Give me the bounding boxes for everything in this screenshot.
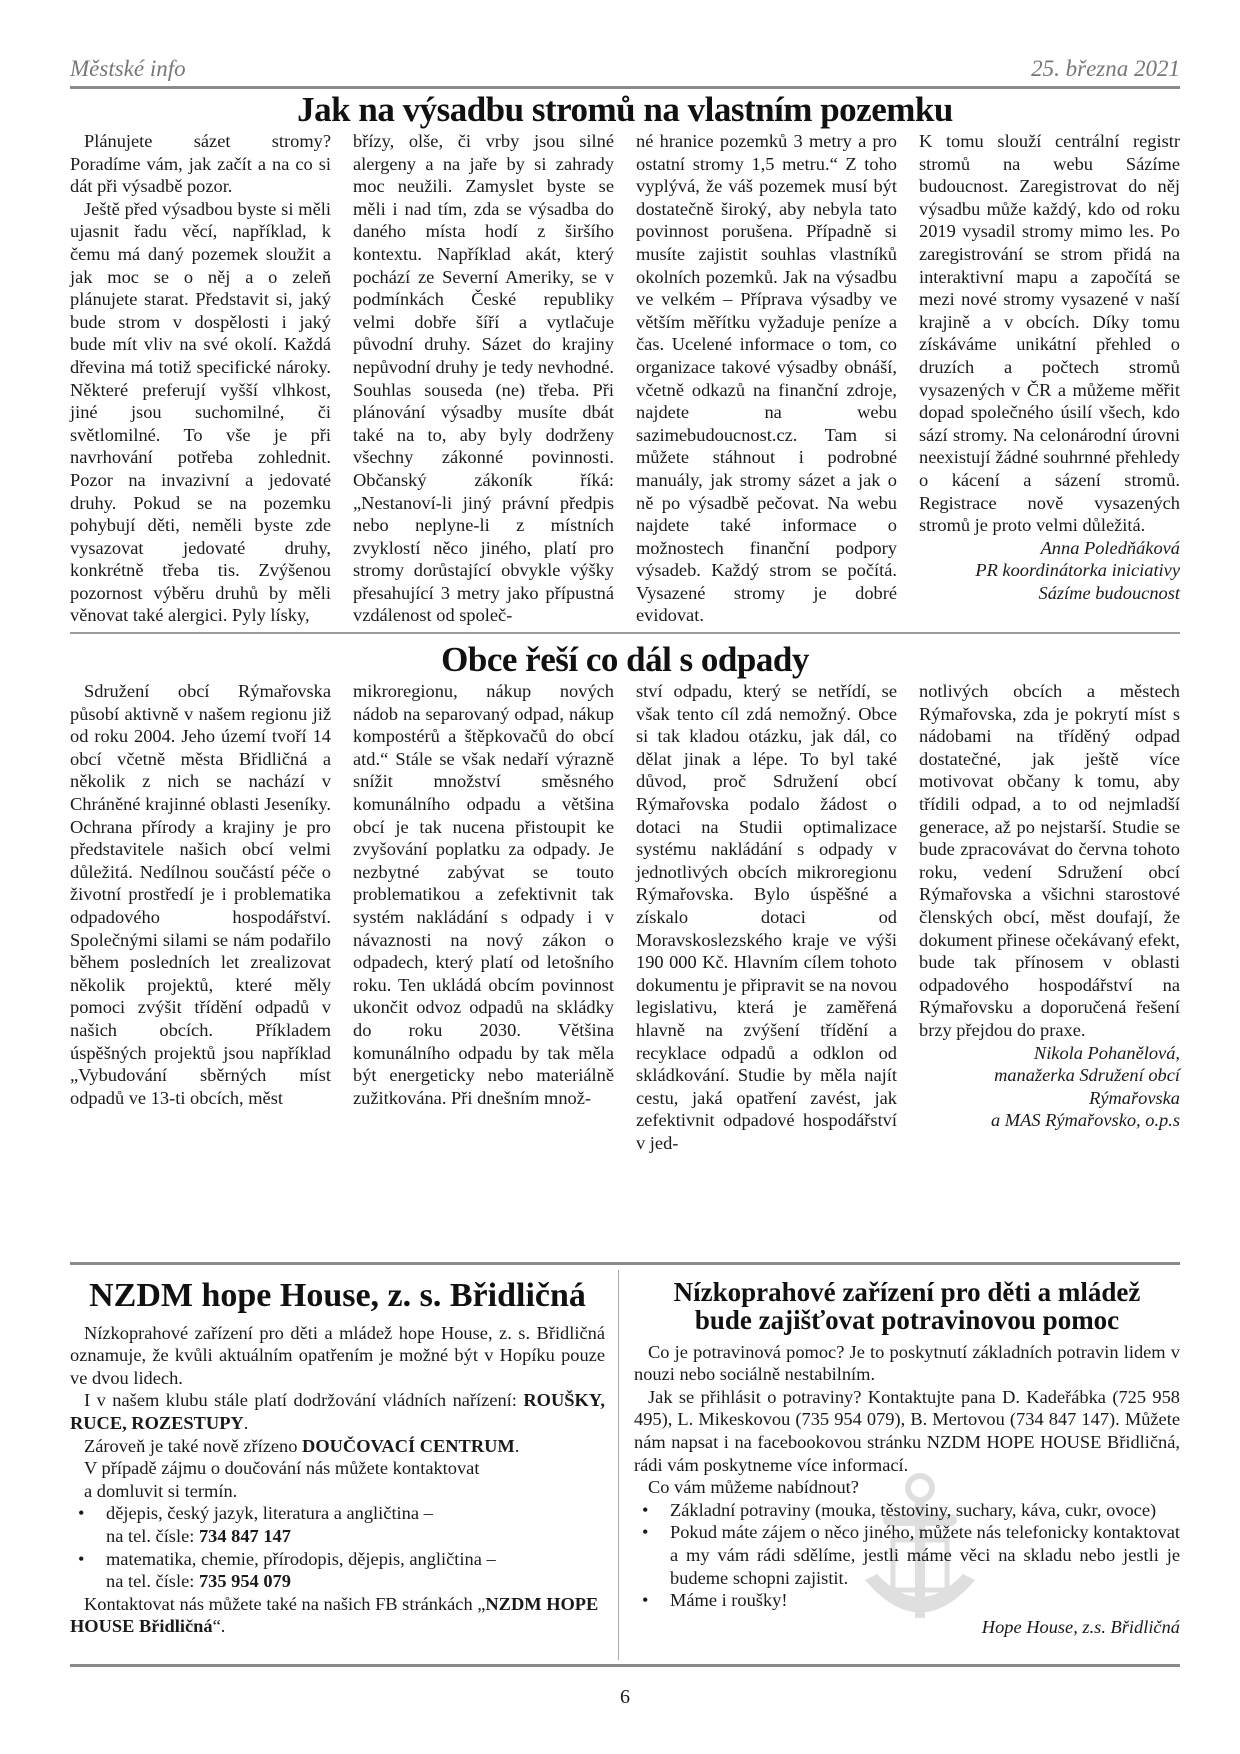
footer-rule (70, 1664, 1180, 1667)
author-org-2: a MAS Rýmařovsko, o.p.s (919, 1109, 1180, 1132)
phone-number: 734 847 147 (199, 1526, 291, 1546)
paragraph: mikroregionu, nákup nových nádob na sepa… (353, 680, 614, 1109)
issue-date: 25. března 2021 (1031, 56, 1180, 82)
article-waste-column-1: Sdružení obcí Rýmařovska působí aktivně … (70, 680, 331, 1154)
paragraph: ství odpadu, který se netřídí, se však t… (636, 680, 897, 1154)
fb-end: “. (213, 1616, 226, 1636)
section-rule (70, 632, 1180, 634)
paragraph: břízy, olše, či vrby jsou silné alergeny… (353, 130, 614, 627)
paragraph: Co je potravinová pomoc? Je to poskytnut… (634, 1341, 1180, 1386)
author-role: manažerka Sdružení obcí (919, 1064, 1180, 1087)
tutoring-list: dějepis, český jazyk, literatura a angli… (70, 1502, 605, 1592)
paragraph: a domluvit si termín. (70, 1480, 605, 1503)
article-waste-signature: Nikola Pohanělová, manažerka Sdružení ob… (919, 1042, 1180, 1132)
article-trees-column-3: né hranice pozemků 3 metry a pro ostatní… (636, 130, 897, 627)
tutoring-item: dějepis, český jazyk, literatura a angli… (70, 1502, 605, 1547)
article-trees-title: Jak na výsadbu stromů na vlastním pozemk… (70, 92, 1180, 127)
paragraph: Nízkoprahové zařízení pro děti a mládež … (70, 1322, 605, 1390)
phone-label: na tel. čísle: (106, 1526, 194, 1546)
article-waste-column-2: mikroregionu, nákup nových nádob na sepa… (353, 680, 614, 1154)
page-number: 6 (70, 1686, 1180, 1709)
article-waste-title: Obce řeší co dál s odpady (70, 642, 1180, 677)
header-rule (70, 86, 1180, 89)
article-trees-column-4: K tomu slouží centrální registr stromů n… (919, 130, 1180, 627)
article-trees-signature: Anna Poledňáková PR koordinátorka inicia… (919, 537, 1180, 605)
tutoring-item: matematika, chemie, přírodopis, dějepis,… (70, 1548, 605, 1593)
paragraph: Kontaktovat nás můžete také na našich FB… (70, 1593, 605, 1638)
center-bold: DOUČOVACÍ CENTRUM (302, 1436, 515, 1456)
article-hope-house-title: NZDM hope House, z. s. Břidličná (70, 1278, 605, 1314)
article-hope-house: NZDM hope House, z. s. Břidličná Nízkopr… (70, 1278, 605, 1638)
center-text: Zároveň je také nově zřízeno (84, 1436, 297, 1456)
article-waste-column-3: ství odpadu, který se netřídí, se však t… (636, 680, 897, 1154)
column-divider (618, 1270, 619, 1660)
fb-text: Kontaktovat nás můžete také na našich FB… (84, 1594, 485, 1614)
title-line-2: bude zajišťovat potravinovou pomoc (695, 1305, 1119, 1335)
publication-name: Městské info (70, 56, 186, 82)
paragraph: I v našem klubu stále platí dodržování v… (70, 1389, 605, 1434)
author-role: PR koordinátorka iniciativy (919, 559, 1180, 582)
subjects: matematika, chemie, přírodopis, dějepis,… (106, 1549, 496, 1569)
subjects: dějepis, český jazyk, literatura a angli… (106, 1503, 433, 1523)
paragraph: Sdružení obcí Rýmařovska působí aktivně … (70, 680, 331, 1109)
paragraph: notlivých obcích a městech Rýmařovska, z… (919, 680, 1180, 1042)
article-waste-column-4: notlivých obcích a městech Rýmařovska, z… (919, 680, 1180, 1154)
paragraph: K tomu slouží centrální registr stromů n… (919, 130, 1180, 537)
article-food-aid-title: Nízkoprahové zařízení pro děti a mládež … (634, 1278, 1180, 1335)
paragraph: né hranice pozemků 3 metry a pro ostatní… (636, 130, 897, 627)
article-trees-body: Plánujete sázet stromy? Poradíme vám, ja… (70, 130, 1180, 627)
running-header: Městské info 25. března 2021 (70, 48, 1180, 82)
author-org: Sázíme budoucnost (919, 582, 1180, 605)
title-line-1: Nízkoprahové zařízení pro děti a mládež (674, 1277, 1141, 1307)
article-waste-body: Sdružení obcí Rýmařovska působí aktivně … (70, 680, 1180, 1154)
anchor-logo-icon (855, 1470, 985, 1640)
phone-label: na tel. čísle: (106, 1571, 194, 1591)
paragraph: Zároveň je také nově zřízeno DOUČOVACÍ C… (70, 1435, 605, 1458)
section-rule (70, 1262, 1180, 1265)
author-name: Nikola Pohanělová, (919, 1042, 1180, 1065)
author-name: Anna Poledňáková (919, 537, 1180, 560)
article-trees-column-1: Plánujete sázet stromy? Poradíme vám, ja… (70, 130, 331, 627)
paragraph: Jak se přihlásit o potraviny? Kontaktujt… (634, 1386, 1180, 1476)
author-org: Rýmařovska (919, 1087, 1180, 1110)
rules-text: I v našem klubu stále platí dodržování v… (84, 1390, 517, 1410)
article-trees-column-2: břízy, olše, či vrby jsou silné alergeny… (353, 130, 614, 627)
paragraph: Ještě před výsadbou byste si měli ujasni… (70, 198, 331, 627)
phone-number: 735 954 079 (199, 1571, 291, 1591)
paragraph: Plánujete sázet stromy? Poradíme vám, ja… (70, 130, 331, 198)
paragraph: V případě zájmu o doučování nás můžete k… (70, 1457, 605, 1480)
